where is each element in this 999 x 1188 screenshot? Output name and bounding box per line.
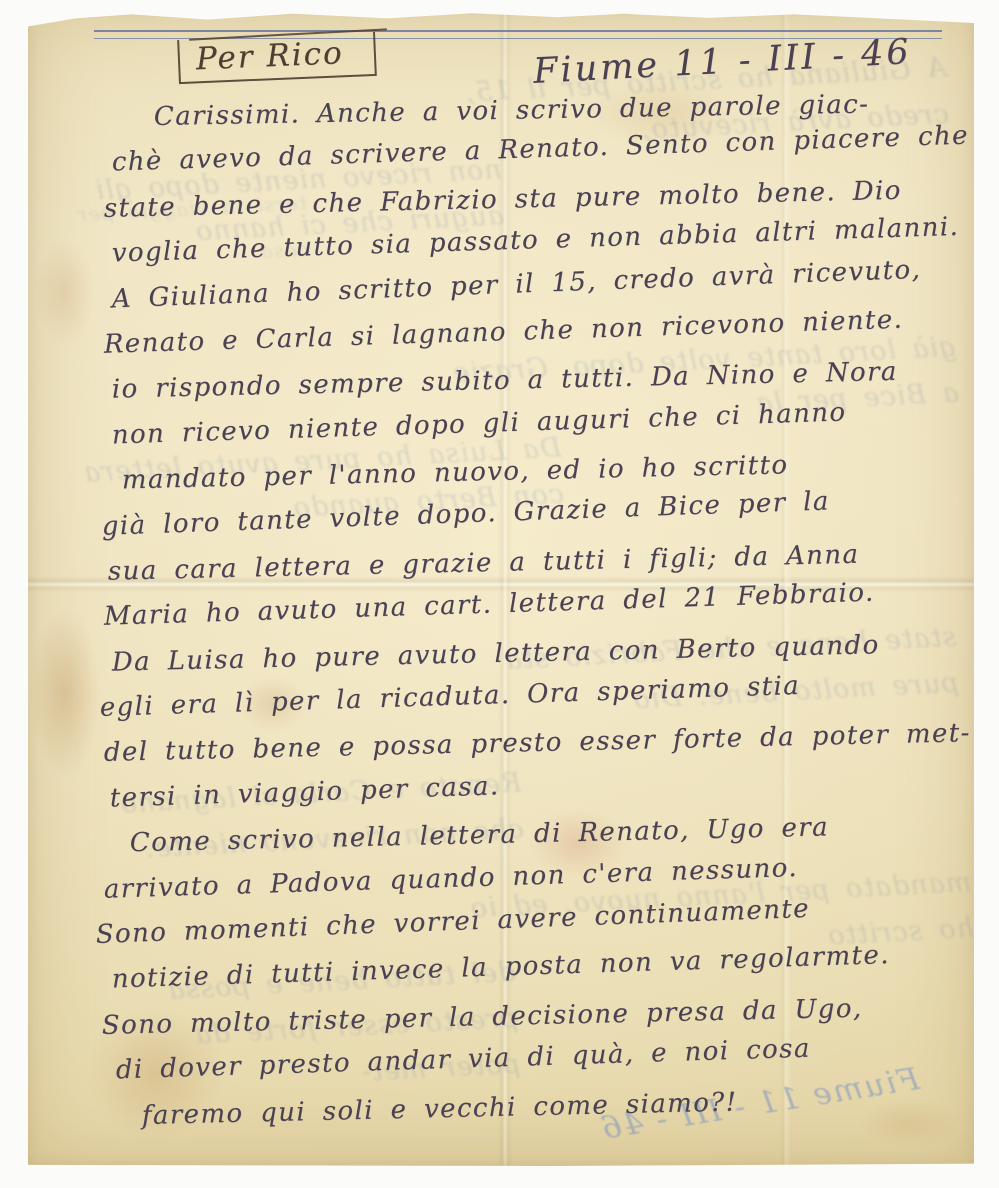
- paper-stain: [30, 608, 100, 778]
- letter-paper-sheet: tersi in viaggio per casa. A Giuliana ho…: [28, 8, 974, 1166]
- paper-stain: [34, 238, 94, 348]
- letter-body: Carissimi. Anche a voi scrivo due parole…: [96, 96, 946, 1140]
- recipient-note-text: Per Rico: [195, 35, 344, 77]
- recipient-note-box: Per Rico: [177, 32, 376, 84]
